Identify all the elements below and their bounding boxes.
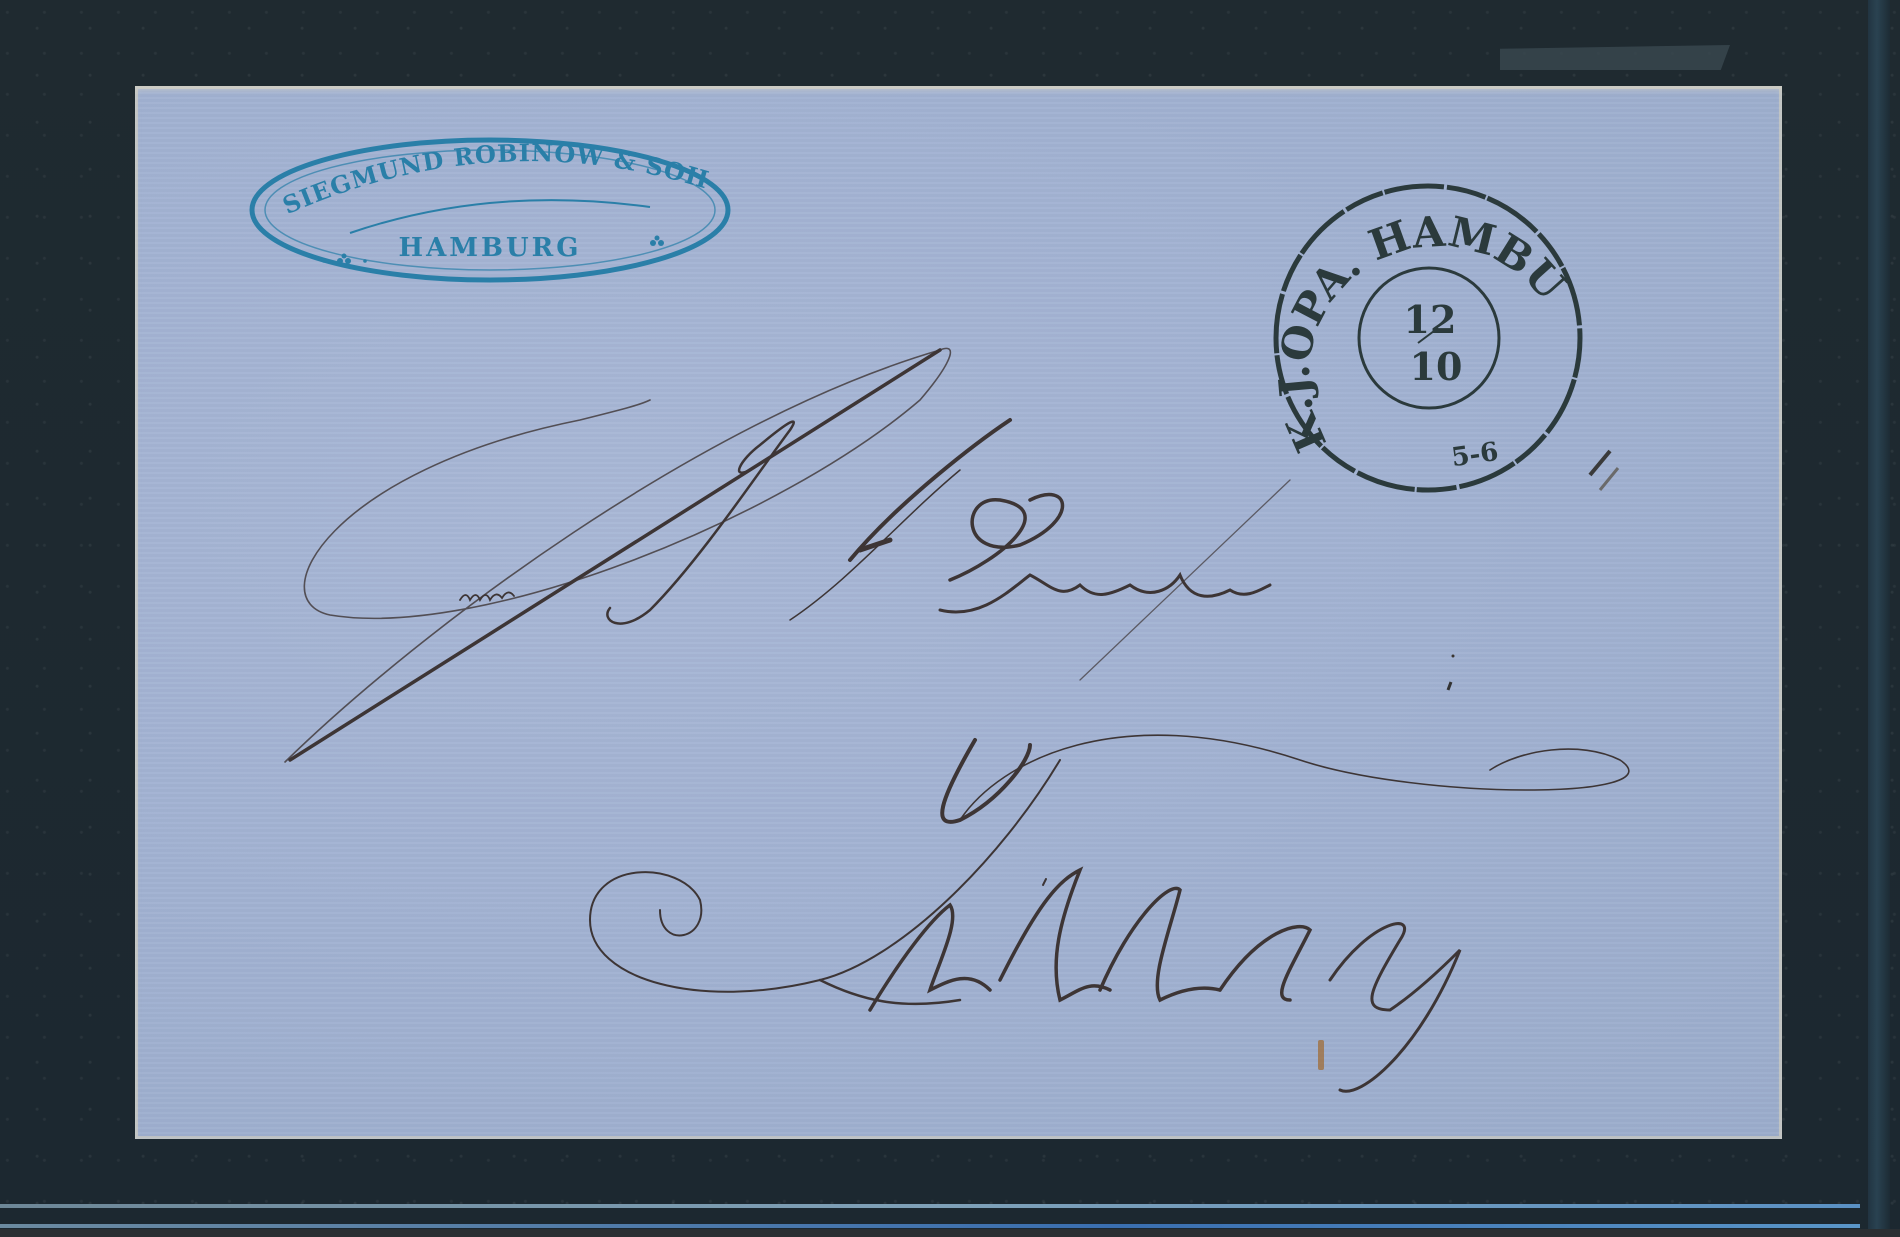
postmark-month: 10 bbox=[1410, 344, 1463, 389]
sleeve-strip-line bbox=[0, 1204, 1860, 1208]
sleeve-strip-line bbox=[0, 1224, 1860, 1228]
postmark-time: 5-6 bbox=[1450, 437, 1501, 473]
postmark: K.J.OPA. HAMBURG 12 10 5-6 bbox=[1258, 178, 1598, 498]
cachet-firm-name: SIEGMUND ROBINOW & SOHN bbox=[245, 135, 713, 220]
svg-text:SIEGMUND ROBINOW & SOHN: SIEGMUND ROBINOW & SOHN bbox=[245, 135, 713, 220]
sleeve-edge-right bbox=[1868, 0, 1890, 1237]
cachet-city: HAMBURG bbox=[245, 233, 735, 263]
postmark-circle-icon: K.J.OPA. HAMBURG 12 10 5-6 bbox=[1258, 178, 1598, 498]
sleeve-bottom-edge bbox=[0, 1229, 1900, 1237]
sender-cachet: SIEGMUND ROBINOW & SOHN HAMBURG bbox=[245, 135, 735, 285]
sleeve-flap bbox=[1500, 45, 1730, 70]
